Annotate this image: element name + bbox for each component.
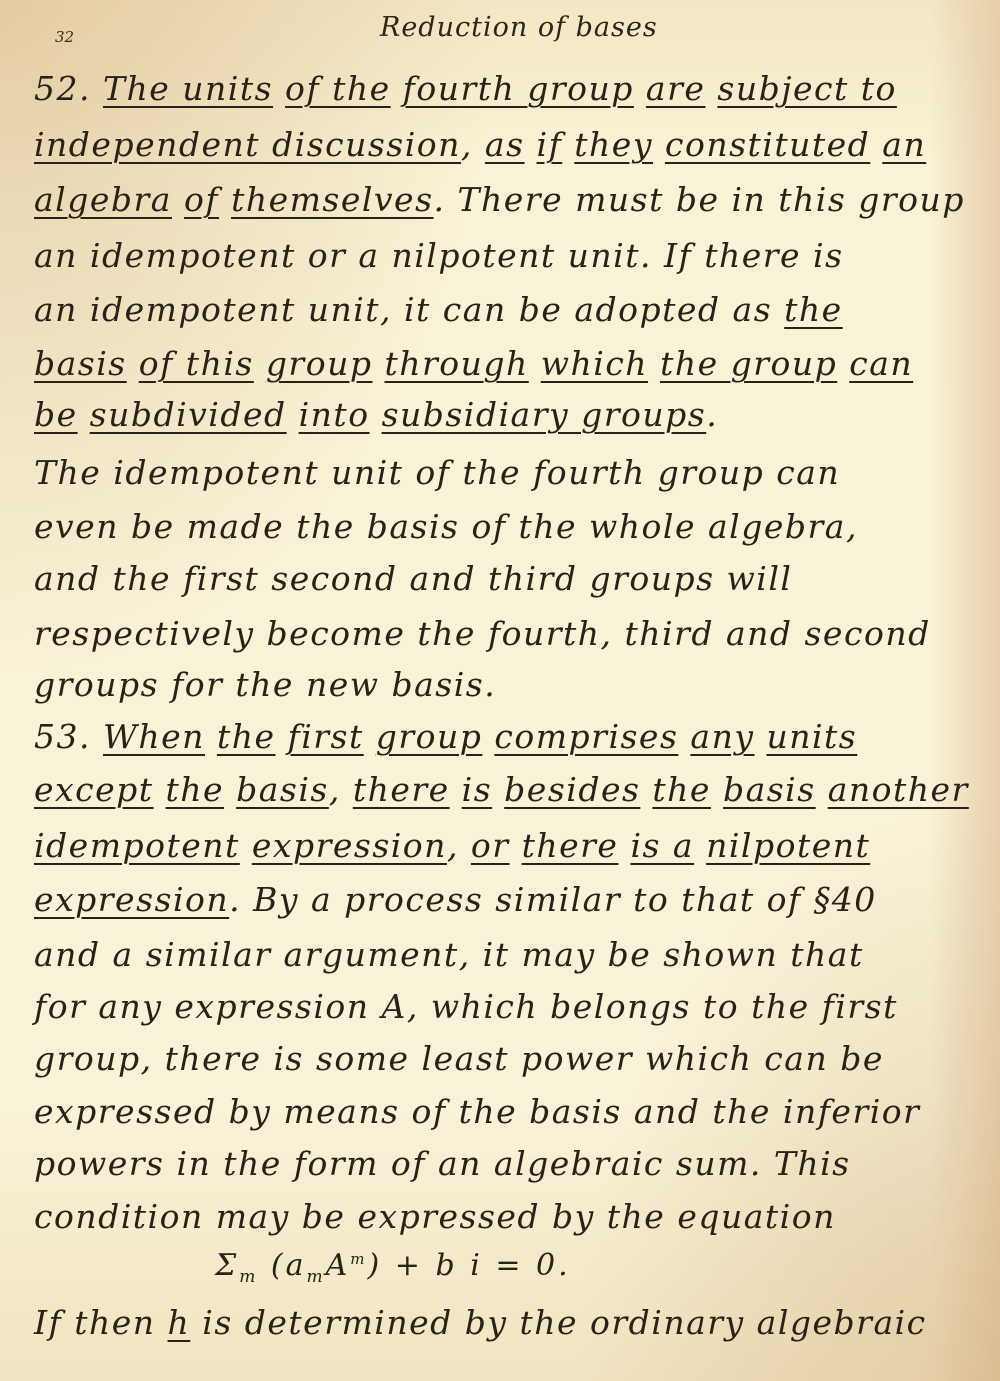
line-text: [694, 826, 706, 865]
line-text: [634, 69, 646, 108]
underlined-text: can: [849, 344, 913, 383]
equation-sigma-subscript: m: [239, 1267, 258, 1287]
line-text: [525, 125, 537, 164]
underlined-text: h: [168, 1303, 191, 1342]
manuscript-line: group, there is some least power which c…: [34, 1042, 884, 1075]
line-text: [648, 344, 660, 383]
manuscript-line: The idempotent unit of the fourth group …: [34, 456, 840, 489]
line-text: expressed by means of the basis and the …: [34, 1092, 920, 1131]
line-text: If then: [34, 1303, 168, 1342]
underlined-text: The units: [103, 69, 273, 108]
underlined-text: the: [166, 770, 225, 809]
line-text: [154, 770, 166, 809]
underlined-text: constituted: [665, 125, 870, 164]
line-text: [450, 770, 462, 809]
line-text: an idempotent unit, it can be adopted as: [34, 290, 784, 329]
equation-coefficient-subscript: m: [307, 1267, 326, 1287]
page-number: 32: [55, 28, 74, 46]
line-text: and a similar argument, it may be shown …: [34, 935, 864, 974]
underlined-text: the: [784, 290, 843, 329]
equation-rest: + b i = 0.: [382, 1248, 570, 1283]
line-text: group, there is some least power which c…: [34, 1039, 884, 1078]
line-text: [205, 717, 217, 756]
line-text: [276, 717, 288, 756]
line-text: . There must be in this group: [434, 180, 965, 219]
underlined-text: idempotent: [34, 826, 240, 865]
underlined-text: themselves: [231, 180, 433, 219]
equation-variable: A: [326, 1248, 351, 1283]
underlined-text: basis: [723, 770, 816, 809]
line-text: .: [706, 395, 718, 434]
underlined-text: except: [34, 770, 154, 809]
line-text: [172, 180, 184, 219]
line-text: even be made the basis of the whole alge…: [34, 507, 858, 546]
manuscript-line: and the first second and third groups wi…: [34, 562, 792, 595]
manuscript-line: condition may be expressed by the equati…: [34, 1200, 836, 1233]
underlined-text: of the: [285, 69, 391, 108]
manuscript-line: for any expression A, which belongs to t…: [34, 990, 898, 1023]
underlined-text: is a: [630, 826, 694, 865]
underlined-text: which: [541, 344, 648, 383]
underlined-text: fourth group: [403, 69, 634, 108]
manuscript-page: 32 Reduction of bases 52. The units of t…: [0, 0, 1000, 1381]
line-text: condition may be expressed by the equati…: [34, 1197, 836, 1236]
underlined-text: units: [766, 717, 857, 756]
line-text: [364, 717, 376, 756]
underlined-text: there: [353, 770, 450, 809]
line-text: [372, 344, 384, 383]
underlined-text: are: [646, 69, 705, 108]
equation-open-paren: (: [271, 1248, 286, 1283]
line-text: powers in the form of an algebraic sum. …: [34, 1144, 851, 1183]
line-text: [711, 770, 723, 809]
manuscript-line: respectively become the fourth, third an…: [34, 617, 931, 650]
underlined-text: through: [384, 344, 528, 383]
underlined-text: expression: [34, 880, 229, 919]
line-text: [754, 717, 766, 756]
manuscript-line: and a similar argument, it may be shown …: [34, 938, 864, 971]
manuscript-line: expressed by means of the basis and the …: [34, 1095, 920, 1128]
manuscript-line: basis of this group through which the gr…: [34, 347, 913, 380]
underlined-text: first: [288, 717, 364, 756]
line-text: ,: [447, 826, 471, 865]
line-text: an idempotent or a nilpotent unit. If th…: [34, 236, 844, 275]
underlined-text: basis: [34, 344, 127, 383]
line-text: for any expression A, which belongs to t…: [34, 987, 898, 1026]
line-text: [240, 826, 252, 865]
line-text: [816, 770, 828, 809]
line-text: [837, 344, 849, 383]
underlined-text: the: [217, 717, 276, 756]
running-head: Reduction of bases: [380, 12, 658, 43]
manuscript-line: 53. When the first group comprises any u…: [34, 720, 857, 753]
manuscript-line: algebra of themselves. There must be in …: [34, 183, 965, 216]
manuscript-line: be subdivided into subsidiary groups.: [34, 398, 718, 431]
underlined-text: is: [462, 770, 493, 809]
line-text: [370, 395, 382, 434]
underlined-text: into: [299, 395, 370, 434]
manuscript-line: groups for the new basis.: [34, 668, 496, 701]
line-text: [870, 125, 882, 164]
underlined-text: as: [485, 125, 525, 164]
underlined-text: an: [882, 125, 926, 164]
underlined-text: or: [471, 826, 510, 865]
equation: Σm (amAm) + b i = 0.: [215, 1248, 571, 1287]
underlined-text: group: [376, 717, 483, 756]
underlined-text: nilpotent: [706, 826, 870, 865]
underlined-text: comprises: [494, 717, 678, 756]
underlined-text: algebra: [34, 180, 172, 219]
manuscript-line: expression. By a process similar to that…: [34, 883, 877, 916]
underlined-text: group: [266, 344, 373, 383]
underlined-text: there: [522, 826, 619, 865]
manuscript-line: even be made the basis of the whole alge…: [34, 510, 858, 543]
line-text: [254, 344, 266, 383]
underlined-text: When: [103, 717, 205, 756]
line-text: [529, 344, 541, 383]
underlined-text: of this: [139, 344, 254, 383]
line-text: [224, 770, 236, 809]
underlined-text: subsidiary groups: [382, 395, 707, 434]
underlined-text: if: [537, 125, 563, 164]
manuscript-line: 52. The units of the fourth group are su…: [34, 72, 897, 105]
line-text: 53.: [34, 717, 103, 756]
line-text: is determined by the ordinary algebraic: [190, 1303, 926, 1342]
line-text: 52.: [34, 69, 103, 108]
line-text: groups for the new basis.: [34, 665, 496, 704]
line-text: [287, 395, 299, 434]
underlined-text: besides: [504, 770, 640, 809]
line-text: [562, 125, 574, 164]
manuscript-line: except the basis, there is besides the b…: [34, 773, 969, 806]
line-text: [219, 180, 231, 219]
underlined-text: of: [184, 180, 219, 219]
line-text: . By a process similar to that of §40: [229, 880, 877, 919]
equation-sigma: Σ: [215, 1248, 239, 1283]
underlined-text: basis: [236, 770, 329, 809]
line-text: [510, 826, 522, 865]
underlined-text: another: [828, 770, 969, 809]
manuscript-line: powers in the form of an algebraic sum. …: [34, 1147, 851, 1180]
manuscript-line: an idempotent unit, it can be adopted as…: [34, 293, 843, 326]
line-text: [653, 125, 665, 164]
line-text: [273, 69, 285, 108]
line-text: [391, 69, 403, 108]
line-text: [705, 69, 717, 108]
line-text: [492, 770, 504, 809]
manuscript-line: an idempotent or a nilpotent unit. If th…: [34, 239, 844, 272]
underlined-text: independent discussion: [34, 125, 461, 164]
line-text: [640, 770, 652, 809]
underlined-text: subdivided: [90, 395, 287, 434]
underlined-text: the group: [660, 344, 837, 383]
line-text: [678, 717, 690, 756]
equation-close-paren: ): [368, 1248, 383, 1283]
line-text: [482, 717, 494, 756]
underlined-text: any: [690, 717, 754, 756]
manuscript-line: If then h is determined by the ordinary …: [34, 1306, 927, 1339]
equation-exponent: m: [350, 1250, 367, 1268]
line-text: respectively become the fourth, third an…: [34, 614, 931, 653]
line-text: ,: [461, 125, 485, 164]
underlined-text: the: [652, 770, 711, 809]
line-text: ,: [329, 770, 353, 809]
manuscript-line: independent discussion, as if they const…: [34, 128, 926, 161]
underlined-text: they: [574, 125, 653, 164]
manuscript-line: idempotent expression, or there is a nil…: [34, 829, 870, 862]
line-text: [618, 826, 630, 865]
line-text: and the first second and third groups wi…: [34, 559, 792, 598]
line-text: [127, 344, 139, 383]
underlined-text: be: [34, 395, 78, 434]
equation-coefficient: a: [286, 1248, 307, 1283]
underlined-text: subject to: [717, 69, 896, 108]
line-text: [78, 395, 90, 434]
underlined-text: expression: [252, 826, 447, 865]
line-text: The idempotent unit of the fourth group …: [34, 453, 840, 492]
